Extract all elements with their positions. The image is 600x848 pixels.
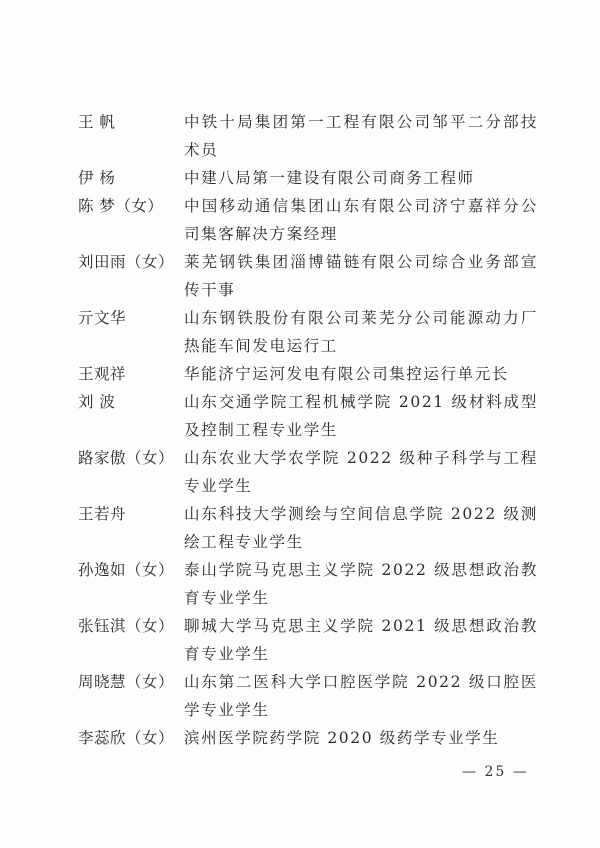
person-affiliation: 中铁十局集团第一工程有限公司邹平二分部技术员: [184, 108, 548, 164]
list-item: 路家傲（女） 山东农业大学农学院 2022 级种子科学与工程专业学生: [78, 444, 548, 500]
list-item: 李蕊欣（女） 滨州医学院药学院 2020 级药学专业学生: [78, 724, 548, 752]
person-name: 陈 梦（女）: [78, 192, 184, 220]
list-item: 伊 杨 中建八局第一建设有限公司商务工程师: [78, 164, 548, 192]
person-name: 李蕊欣（女）: [78, 724, 184, 752]
person-affiliation: 中建八局第一建设有限公司商务工程师: [184, 164, 548, 192]
person-affiliation: 山东第二医科大学口腔医学院 2022 级口腔医学专业学生: [184, 668, 548, 724]
list-item: 周晓慧（女） 山东第二医科大学口腔医学院 2022 级口腔医学专业学生: [78, 668, 548, 724]
list-item: 刘田雨（女） 莱芜钢铁集团淄博锚链有限公司综合业务部宣传干事: [78, 248, 548, 304]
honoree-list: 王 帆 中铁十局集团第一工程有限公司邹平二分部技术员 伊 杨 中建八局第一建设有…: [78, 108, 548, 752]
document-page: 王 帆 中铁十局集团第一工程有限公司邹平二分部技术员 伊 杨 中建八局第一建设有…: [0, 0, 600, 848]
person-affiliation: 中国移动通信集团山东有限公司济宁嘉祥分公司集客解决方案经理: [184, 192, 548, 248]
person-affiliation: 山东农业大学农学院 2022 级种子科学与工程专业学生: [184, 444, 548, 500]
person-affiliation: 聊城大学马克思主义学院 2021 级思想政治教育专业学生: [184, 612, 548, 668]
person-affiliation: 山东交通学院工程机械学院 2021 级材料成型及控制工程专业学生: [184, 388, 548, 444]
list-item: 刘 波 山东交通学院工程机械学院 2021 级材料成型及控制工程专业学生: [78, 388, 548, 444]
person-name: 孙逸如（女）: [78, 556, 184, 584]
list-item: 孙逸如（女） 泰山学院马克思主义学院 2022 级思想政治教育专业学生: [78, 556, 548, 612]
person-name: 王 帆: [78, 108, 184, 136]
person-name: 王若舟: [78, 500, 184, 528]
person-name: 张钰淇（女）: [78, 612, 184, 640]
person-name: 刘 波: [78, 388, 184, 416]
list-item: 陈 梦（女） 中国移动通信集团山东有限公司济宁嘉祥分公司集客解决方案经理: [78, 192, 548, 248]
person-affiliation: 滨州医学院药学院 2020 级药学专业学生: [184, 724, 548, 752]
person-affiliation: 莱芜钢铁集团淄博锚链有限公司综合业务部宣传干事: [184, 248, 548, 304]
list-item: 王 帆 中铁十局集团第一工程有限公司邹平二分部技术员: [78, 108, 548, 164]
person-name: 亓文华: [78, 304, 184, 332]
page-number: — 25 —: [462, 764, 529, 780]
person-name: 路家傲（女）: [78, 444, 184, 472]
person-name: 刘田雨（女）: [78, 248, 184, 276]
list-item: 张钰淇（女） 聊城大学马克思主义学院 2021 级思想政治教育专业学生: [78, 612, 548, 668]
list-item: 亓文华 山东钢铁股份有限公司莱芜分公司能源动力厂热能车间发电运行工: [78, 304, 548, 360]
person-name: 王观祥: [78, 360, 184, 388]
person-affiliation: 山东钢铁股份有限公司莱芜分公司能源动力厂热能车间发电运行工: [184, 304, 548, 360]
person-name: 伊 杨: [78, 164, 184, 192]
person-affiliation: 山东科技大学测绘与空间信息学院 2022 级测绘工程专业学生: [184, 500, 548, 556]
list-item: 王若舟 山东科技大学测绘与空间信息学院 2022 级测绘工程专业学生: [78, 500, 548, 556]
person-name: 周晓慧（女）: [78, 668, 184, 696]
person-affiliation: 泰山学院马克思主义学院 2022 级思想政治教育专业学生: [184, 556, 548, 612]
person-affiliation: 华能济宁运河发电有限公司集控运行单元长: [184, 360, 548, 388]
list-item: 王观祥 华能济宁运河发电有限公司集控运行单元长: [78, 360, 548, 388]
